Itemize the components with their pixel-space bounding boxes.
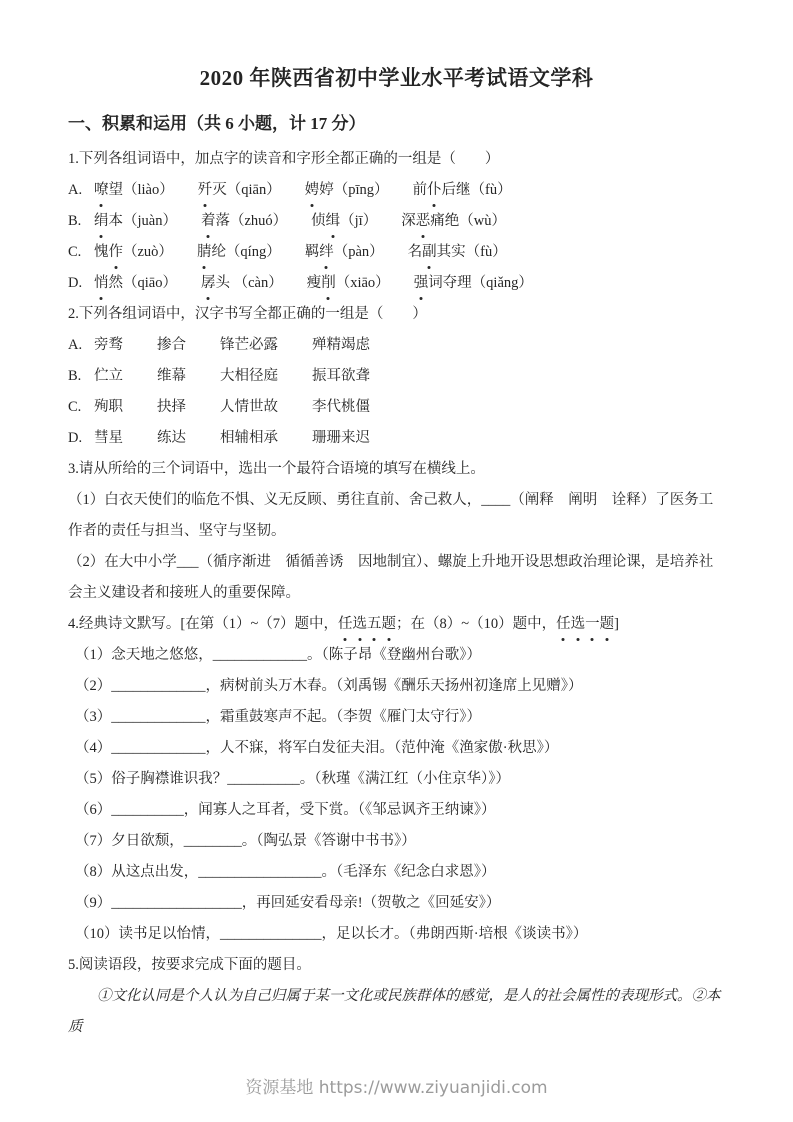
option-item: 着落（zhuó）	[201, 206, 287, 237]
option-item: 振耳欲聋	[312, 361, 370, 392]
q4-item-2: （2）_____________，病树前头万木春。（刘禹锡《酬乐天扬州初逢席上见…	[68, 671, 725, 702]
q1-option-d: D. 悄然（qiāo） 孱头 （càn） 瘦削（xiāo） 强词夺理（qiǎng…	[68, 268, 725, 299]
option-item: 大相径庭	[220, 361, 278, 392]
option-item: 殚精竭虑	[312, 330, 370, 361]
option-label: A.	[68, 330, 94, 361]
q4-stem: 4.经典诗文默写。[在第（1）~（7）题中，任选五题；在（8）~（10）题中，任…	[68, 609, 725, 640]
option-item: 强词夺理（qiǎng）	[414, 268, 533, 299]
q3-stem: 3.请从所给的三个词语中，选出一个最符合语境的填写在横线上。	[68, 454, 725, 485]
q2-option-d: D. 彗星 练达 相辅相承 珊珊来迟	[68, 423, 725, 454]
footer-watermark: 资源基地 https://www.ziyuanjidi.com	[0, 1076, 793, 1100]
option-item: 愧作（zuò）	[94, 237, 173, 268]
option-item: 羁绊（pàn）	[305, 237, 384, 268]
option-item: 李代桃僵	[312, 392, 370, 423]
option-label: B.	[68, 361, 94, 392]
option-item: 侦缉（jī）	[311, 206, 377, 237]
q2-option-c: C. 殉职 抉择 人情世故 李代桃僵	[68, 392, 725, 423]
option-item: 维幕	[157, 361, 186, 392]
option-label: C.	[68, 237, 94, 268]
q4-item-10: （10）读书足以怡情，______________，足以长才。（弗朗西斯·培根《…	[68, 919, 725, 950]
option-item: 练达	[157, 423, 186, 454]
q1-option-a: A. 嘹望（liào） 歼灭（qiān） 娉婷（pīng） 前仆后继（fù）	[68, 175, 725, 206]
option-label: D.	[68, 423, 94, 454]
option-item: 锋芒必露	[220, 330, 278, 361]
option-item: 嘹望（liào）	[94, 175, 174, 206]
option-item: 彗星	[94, 423, 123, 454]
q4-item-4: （4）_____________，人不寐，将军白发征夫泪。（范仲淹《渔家傲·秋思…	[68, 733, 725, 764]
q4-item-5: （5）俗子胸襟谁识我？__________。（秋瑾《满江红（小住京华）》）	[68, 764, 725, 795]
q2-option-a: A. 旁骛 掺合 锋芒必露 殚精竭虑	[68, 330, 725, 361]
q5-passage: ①文化认同是个人认为自己归属于某一文化或民族群体的感觉，是人的社会属性的表现形式…	[68, 981, 725, 1043]
option-item: 掺合	[157, 330, 186, 361]
option-item: 抉择	[157, 392, 186, 423]
option-item: 深恶痛绝（wù）	[401, 206, 506, 237]
option-item: 歼灭（qiān）	[198, 175, 281, 206]
option-item: 悄然（qiāo）	[94, 268, 177, 299]
option-label: C.	[68, 392, 94, 423]
q5-stem: 5.阅读语段，按要求完成下面的题目。	[68, 950, 725, 981]
option-item: 伫立	[94, 361, 123, 392]
option-item: 前仆后继（fù）	[413, 175, 512, 206]
option-item: 绢本（juàn）	[94, 206, 177, 237]
q1-stem: 1.下列各组词语中，加点字的读音和字形全都正确的一组是（ ）	[68, 144, 725, 175]
option-item: 孱头 （càn）	[201, 268, 283, 299]
q4-item-6: （6）__________，闻寡人之耳者，受下赏。（《邹忌讽齐王纳谏》）	[68, 795, 725, 826]
option-item: 旁骛	[94, 330, 123, 361]
option-label: A.	[68, 175, 94, 206]
q1-option-c: C. 愧作（zuò） 腈纶（qíng） 羁绊（pàn） 名副其实（fù）	[68, 237, 725, 268]
option-label: D.	[68, 268, 94, 299]
option-item: 娉婷（pīng）	[305, 175, 389, 206]
option-item: 名副其实（fù）	[408, 237, 507, 268]
option-item: 珊珊来迟	[312, 423, 370, 454]
q3-part-1: （1）白衣天使们的临危不惧、义无反顾、勇往直前、舍己救人，____（阐释 阐明 …	[68, 485, 725, 547]
section-heading: 一、积累和运用（共 6 小题，计 17 分）	[68, 106, 725, 142]
q4-item-9: （9）__________________，再回延安看母亲!（贺敬之《回延安》）	[68, 888, 725, 919]
q4-item-8: （8）从这点出发，_________________。（毛泽东《纪念白求恩》）	[68, 857, 725, 888]
q3-part-2: （2）在大中小学___（循序渐进 循循善诱 因地制宜）、螺旋上升地开设思想政治理…	[68, 547, 725, 609]
option-item: 腈纶（qíng）	[197, 237, 281, 268]
option-item: 相辅相承	[220, 423, 278, 454]
option-item: 人情世故	[220, 392, 278, 423]
option-item: 瘦削（xiāo）	[307, 268, 390, 299]
page-title: 2020 年陕西省初中学业水平考试语文学科	[68, 56, 725, 100]
q4-item-7: （7）夕日欲颓，________。（陶弘景《答谢中书书》）	[68, 826, 725, 857]
q2-option-b: B. 伫立 维幕 大相径庭 振耳欲聋	[68, 361, 725, 392]
q2-stem: 2.下列各组词语中，汉字书写全都正确的一组是（ ）	[68, 299, 725, 330]
q1-option-b: B. 绢本（juàn） 着落（zhuó） 侦缉（jī） 深恶痛绝（wù）	[68, 206, 725, 237]
q4-item-1: （1）念天地之悠悠，_____________。（陈子昂《登幽州台歌》）	[68, 640, 725, 671]
option-label: B.	[68, 206, 94, 237]
exam-page: 2020 年陕西省初中学业水平考试语文学科 一、积累和运用（共 6 小题，计 1…	[0, 0, 793, 1122]
q4-item-3: （3）_____________，霜重鼓寒声不起。（李贺《雁门太守行》）	[68, 702, 725, 733]
option-item: 殉职	[94, 392, 123, 423]
